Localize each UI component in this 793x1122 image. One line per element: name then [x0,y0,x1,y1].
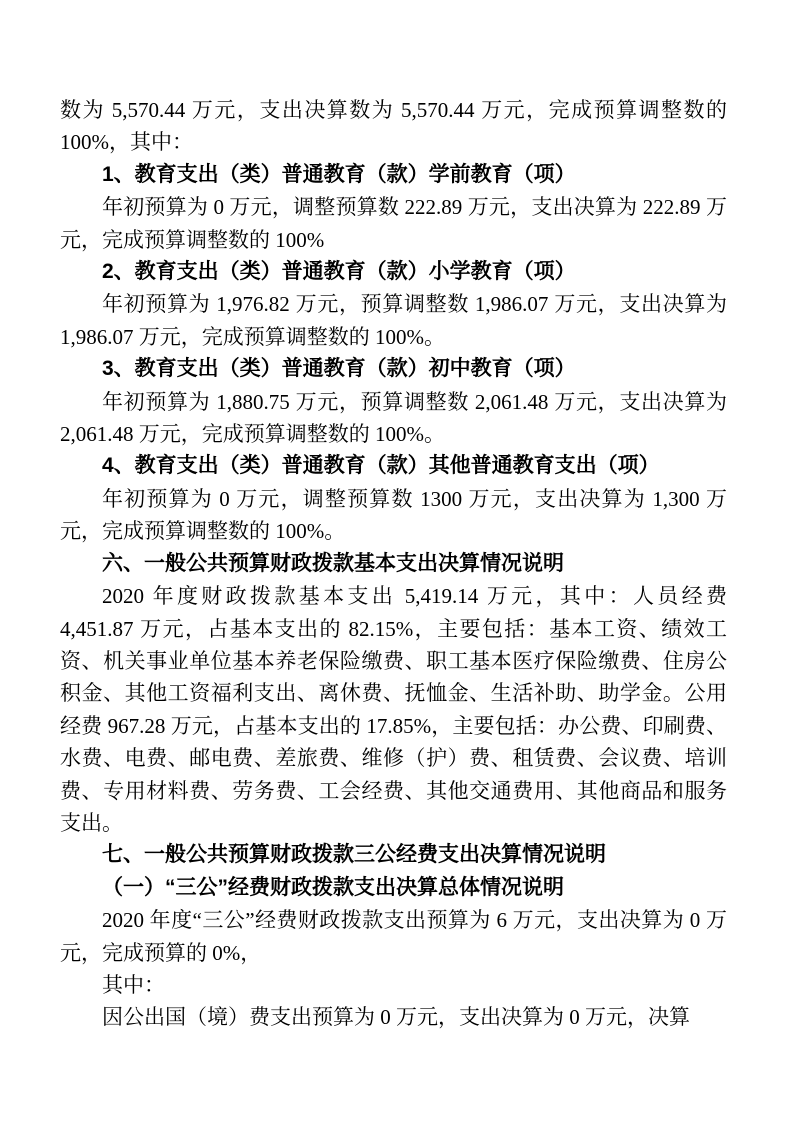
paragraph: 2020 年度“三公”经费财政拨款支出预算为 6 万元，支出决算为 0 万元，完… [60,904,727,969]
section-heading: （一）“三公”经费财政拨款支出决算总体情况说明 [60,872,727,904]
paragraph: 其中： [60,969,727,1001]
paragraph: 2020 年度财政拨款基本支出 5,419.14 万元，其中：人员经费 4,45… [60,580,727,839]
paragraph: 因公出国（境）费支出预算为 0 万元，支出决算为 0 万元，决算 [60,1001,727,1033]
paragraph: 年初预算为 1,880.75 万元，预算调整数 2,061.48 万元，支出决算… [60,386,727,451]
paragraph: 年初预算为 1,976.82 万元，预算调整数 1,986.07 万元，支出决算… [60,288,727,353]
document-body: 数为 5,570.44 万元，支出决算数为 5,570.44 万元，完成预算调整… [60,94,727,1034]
section-heading: 3、教育支出（类）普通教育（款）初中教育（项） [60,353,727,385]
section-heading: 2、教育支出（类）普通教育（款）小学教育（项） [60,256,727,288]
document-page: 数为 5,570.44 万元，支出决算数为 5,570.44 万元，完成预算调整… [0,0,793,1122]
paragraph: 数为 5,570.44 万元，支出决算数为 5,570.44 万元，完成预算调整… [60,94,727,159]
paragraph: 年初预算为 0 万元，调整预算数 1300 万元，支出决算为 1,300 万元，… [60,483,727,548]
section-heading: 六、一般公共预算财政拨款基本支出决算情况说明 [60,548,727,580]
section-heading: 1、教育支出（类）普通教育（款）学前教育（项） [60,159,727,191]
section-heading: 七、一般公共预算财政拨款三公经费支出决算情况说明 [60,839,727,871]
section-heading: 4、教育支出（类）普通教育（款）其他普通教育支出（项） [60,450,727,482]
paragraph: 年初预算为 0 万元，调整预算数 222.89 万元，支出决算为 222.89 … [60,191,727,256]
